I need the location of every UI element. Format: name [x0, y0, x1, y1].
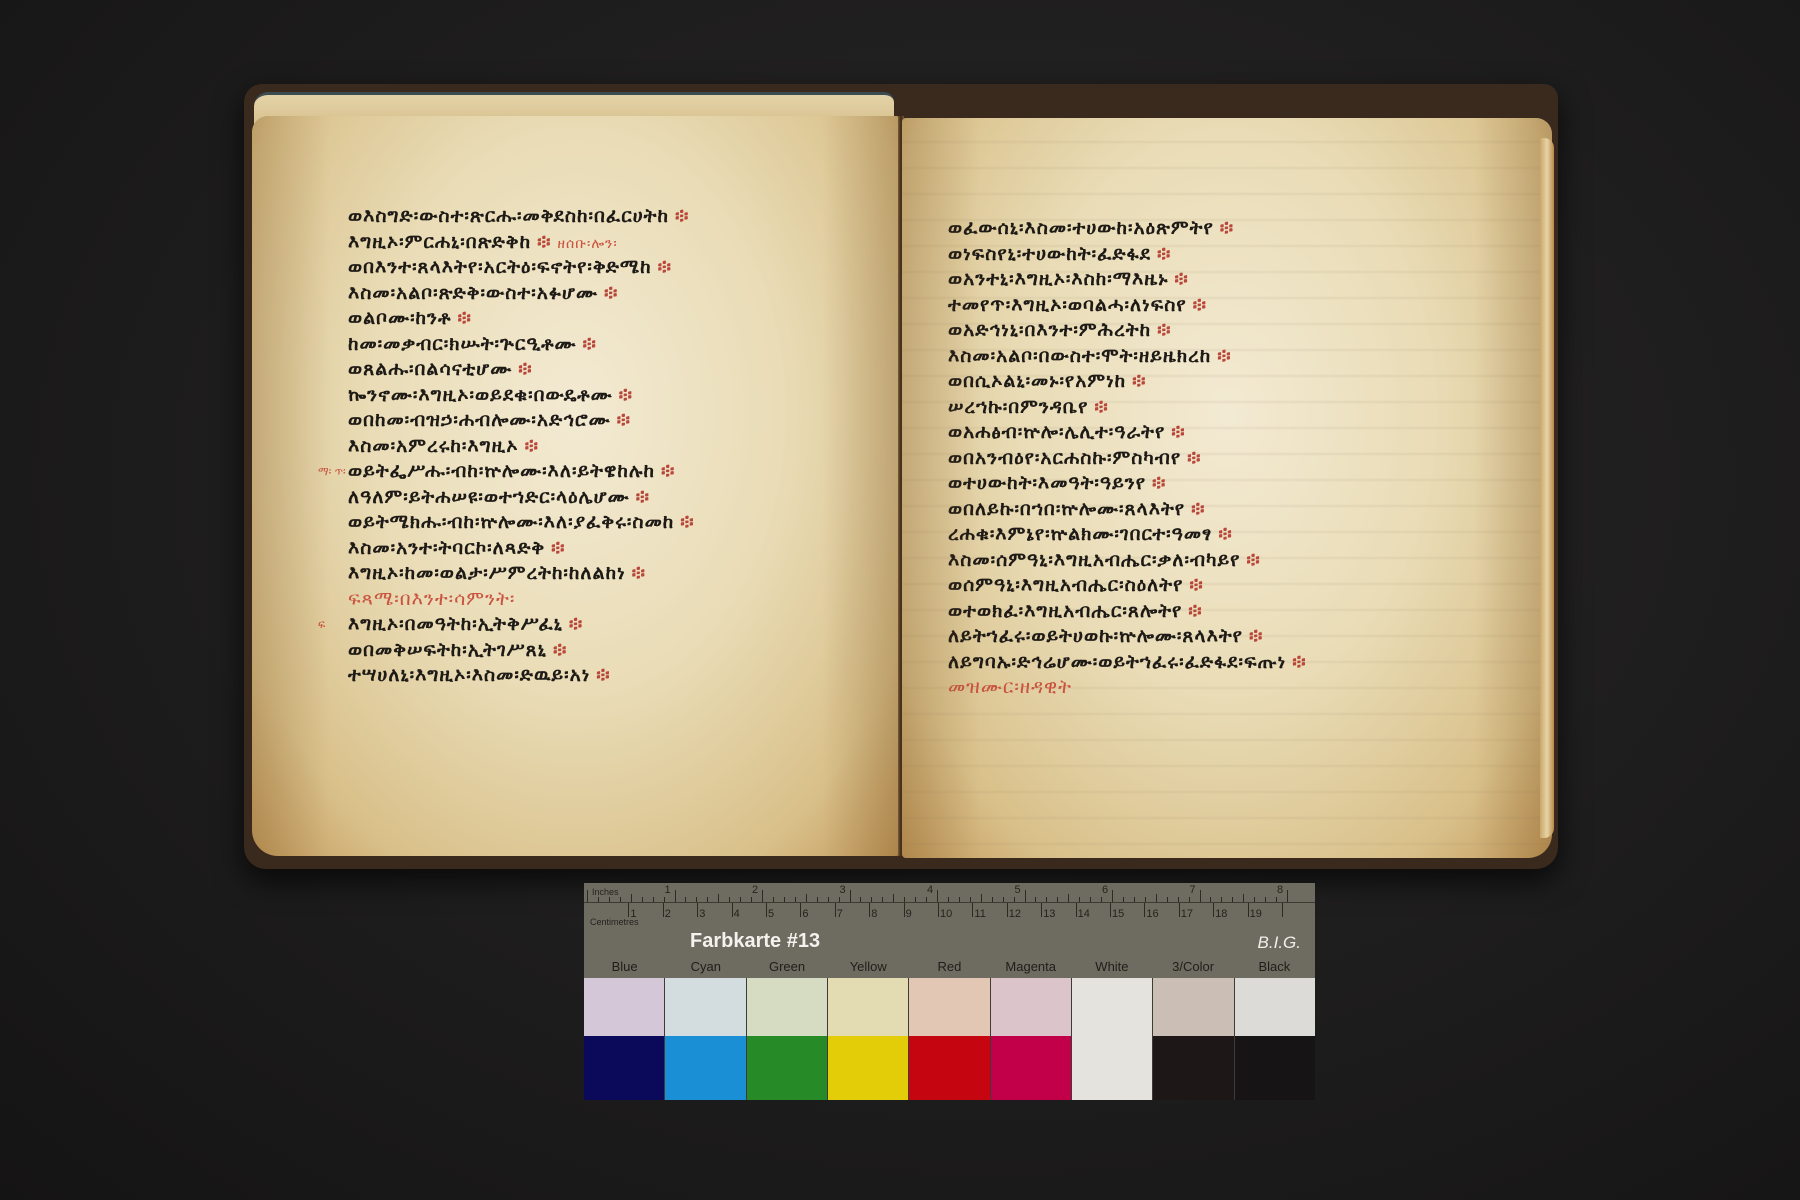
text-line: ወበከመ፡ብዝኃ፡ሐብሎሙ፡አድኅሮሙ፨ [348, 408, 695, 434]
line-text: ወሰምዓኒ፡እግዚአብሔር፡ስዕለትየ [948, 574, 1183, 596]
margin-note: ማ፡ ጥ፡ [318, 465, 346, 479]
ruler-tick [732, 903, 733, 917]
swatch-light [584, 978, 664, 1036]
section-mark-icon: ፨ [1217, 345, 1231, 367]
ruler-tick [1167, 897, 1168, 902]
ruler-tick [850, 890, 851, 902]
text-line: ወፈውሰኒ፡እስመ፡ተሀውከ፡አዕጽምትየ፨ [948, 216, 1307, 242]
cm-mark: 15 [1112, 908, 1124, 920]
inch-mark: 1 [665, 884, 671, 896]
ruler-tick [1287, 890, 1288, 902]
ruler-tick [1134, 897, 1135, 902]
swatch-light [747, 978, 827, 1036]
ruler-tick [587, 890, 588, 902]
ruler-tick [1079, 897, 1080, 902]
text-line: ወአሐፅብ፡ኵሎ፡ሌሊተ፡ዓራትየ፨ [948, 420, 1307, 446]
section-mark-icon: ፨ [553, 639, 567, 661]
cm-mark: 17 [1181, 908, 1193, 920]
ruler-tick [1007, 903, 1008, 917]
swatch-white [1072, 978, 1153, 1100]
section-mark-icon: ፨ [1189, 574, 1203, 596]
ruler-tick [664, 897, 665, 902]
section-mark-icon: ፨ [636, 486, 650, 508]
ruler-tick [628, 903, 629, 917]
line-text: ወበለይኩ፡በኀበ፡ኵሎሙ፡ጸላእትየ [948, 498, 1185, 520]
line-text: ወይትፌሥሑ፡ብከ፡ኵሎሙ፡እለ፡ይትዌከሉከ [348, 460, 655, 482]
text-line: ከመ፡መቃብር፡ክሡት፡ጕርዒቶሙ፨ [348, 332, 695, 358]
ruler-tick [751, 897, 752, 902]
text-line: ወልቦሙ፡ከንቶ፨ [348, 306, 695, 332]
ruler-tick [970, 897, 971, 902]
text-line: እስመ፡አንተ፡ትባርኮ፡ለጻድቅ፨ [348, 536, 695, 562]
section-mark-icon: ፨ [675, 205, 689, 227]
swatch-label: 3/Color [1153, 959, 1234, 975]
swatch-yellow [828, 978, 909, 1100]
section-mark-icon: ፨ [1218, 523, 1232, 545]
ruler-tick [869, 903, 870, 917]
section-mark-icon: ፨ [1094, 396, 1108, 418]
line-text: ወልቦሙ፡ከንቶ [348, 307, 451, 329]
section-mark-icon: ፨ [632, 562, 646, 584]
ruler-tick [1156, 894, 1157, 902]
cm-mark: 16 [1146, 908, 1158, 920]
line-text: ለዓለም፡ይትሐሠዩ፡ወተኀድር፡ላዕሌሆሙ [348, 486, 630, 508]
cm-mark: 11 [974, 908, 985, 920]
text-line: ወነፍስየኒ፡ተሀውከት፡ፈድፋደ፨ [948, 242, 1307, 268]
line-text: ወእስግድ፡ውስተ፡ጽርሑ፡መቅደስከ፡በፈርሀትከ [348, 205, 669, 227]
section-mark-icon: ፨ [1249, 625, 1263, 647]
ruler-tick [871, 897, 872, 902]
ruler-tick [835, 903, 836, 917]
line-text: እስመ፡ሰምዓኒ፡እግዚአብሔር፡ቃለ፡ብካይየ [948, 549, 1240, 571]
text-line: ወአንተኒ፡እግዚኦ፡እስከ፡ማእዜኑ፨ [948, 267, 1307, 293]
line-text: እግዚኦ፡ከመ፡ወልታ፡ሥምረትከ፡ከለልከነ [348, 562, 626, 584]
swatch-magenta [991, 978, 1072, 1100]
inch-mark: 5 [1015, 884, 1021, 896]
text-line: ወበሲኦልኒ፡መኑ፡የአምነከ፨ [948, 369, 1307, 395]
text-line: ወተሀውከት፡እመዓት፡ዓይንየ፨ [948, 471, 1307, 497]
ruler-tick [992, 897, 993, 902]
ruler-tick [839, 897, 840, 902]
swatch-label: Yellow [828, 959, 909, 975]
swatch-dark [747, 1036, 827, 1100]
swatch-label: Red [909, 959, 990, 975]
ruler-tick [609, 897, 610, 902]
swatch-cyan [665, 978, 746, 1100]
swatch-light [909, 978, 989, 1036]
cm-mark: 6 [802, 908, 808, 920]
cm-mark: 5 [768, 908, 774, 920]
text-line: ረሐቁ፡እምኔየ፡ኵልክሙ፡ገበርተ፡ዓመፃ፨ [948, 522, 1307, 548]
swatch-red [909, 978, 990, 1100]
text-line: ወይትፌሥሑ፡ብከ፡ኵሎሙ፡እለ፡ይትዌከሉከ፨ [348, 459, 695, 485]
line-text: እስመ፡አልቦ፡ጽድቅ፡ውስተ፡አፉሆሙ [348, 282, 598, 304]
swatch-dark [991, 1036, 1071, 1100]
swatch-light [1153, 978, 1233, 1036]
swatch-light [665, 978, 745, 1036]
ruler-tick [784, 897, 785, 902]
ruler-tick [1068, 894, 1069, 902]
ruler-tick [1282, 903, 1283, 917]
section-mark-icon: ፨ [1171, 421, 1185, 443]
ruler-tick [1145, 897, 1146, 902]
ruler-tick [938, 903, 939, 917]
text-line: ተመየጥ፡እግዚኦ፡ወባልሓ፡ለነፍስየ፨ [948, 293, 1307, 319]
section-mark-icon: ፨ [518, 358, 532, 380]
line-text: ወተወክፈ፡እግዚአብሔር፡ጸሎትየ [948, 600, 1182, 622]
ruler-tick [817, 897, 818, 902]
ruler-tick [1178, 897, 1179, 902]
ruler-tick [800, 903, 801, 917]
cm-mark: 8 [871, 908, 877, 920]
swatch-labels: BlueCyanGreenYellowRedMagentaWhite3/Colo… [584, 959, 1315, 975]
line-text: ወበሲኦልኒ፡መኑ፡የአምነከ [948, 370, 1126, 392]
swatch-dark [584, 1036, 664, 1100]
ruler-tick [1112, 890, 1113, 902]
section-mark-icon: ፨ [1157, 319, 1171, 341]
ruler-tick [882, 897, 883, 902]
cm-mark: 13 [1043, 908, 1055, 920]
text-line: እስመ፡አምረሩከ፡እግዚኦ፨ [348, 434, 695, 460]
line-text: ለይትኀፈሩ፡ወይትሀወኩ፡ኵሎሙ፡ጸላእትየ [948, 625, 1243, 647]
ruler-tick [1243, 894, 1244, 902]
swatch-light [828, 978, 908, 1036]
section-mark-icon: ፨ [1292, 651, 1306, 673]
ruler-tick [1035, 897, 1036, 902]
ruler-tick [981, 894, 982, 902]
ruler-tick [904, 897, 905, 902]
cm-mark: 12 [1009, 908, 1021, 920]
right-page-text: ወፈውሰኒ፡እስመ፡ተሀውከ፡አዕጽምትየ፨ወነፍስየኒ፡ተሀውከት፡ፈድፋደ፨… [948, 216, 1307, 701]
text-line: ለይትኀፈሩ፡ወይትሀወኩ፡ኵሎሙ፡ጸላእትየ፨ [948, 624, 1307, 650]
line-text: ተሣሀለኒ፡እግዚኦ፡እስመ፡ድዉይ፡አነ [348, 664, 590, 686]
swatch-label: Magenta [990, 959, 1071, 975]
centimetres-label: Centimetres [590, 917, 639, 927]
swatch-black [1235, 978, 1315, 1100]
section-mark-icon: ፨ [583, 333, 597, 355]
ruler-tick [972, 903, 973, 917]
line-text: ወአሐፅብ፡ኵሎ፡ሌሊተ፡ዓራትየ [948, 421, 1165, 443]
text-line: ወአድኅነኒ፡በእንተ፡ምሕረትከ፨ [948, 318, 1307, 344]
ruler-tick [1057, 897, 1058, 902]
ruler-tick [1179, 903, 1180, 917]
swatch-light [991, 978, 1071, 1036]
cm-mark: 19 [1250, 908, 1262, 920]
ruler-tick [1025, 890, 1026, 902]
ruler-tick [806, 894, 807, 902]
cm-mark: 3 [699, 908, 705, 920]
line-text: ለይግባኡ፡ድኅሬሆሙ፡ወይትኀፈሩ፡ፈድፋደ፡ፍጡነ [948, 651, 1286, 673]
line-text: መዝሙር፡ዘዳዊት [948, 676, 1072, 698]
line-text: ወበመቅሠፍትከ፡ኢትገሥጸኒ [348, 639, 547, 661]
color-reference-card: Inches 12345678 123456789101112131415161… [584, 883, 1315, 1100]
section-mark-icon: ፨ [661, 460, 675, 482]
cm-mark: 9 [906, 908, 912, 920]
text-line: እግዚኦ፡በመዓትከ፡ኢትቅሥፈኒ፨ [348, 612, 695, 638]
swatch-dark [909, 1036, 989, 1100]
ruler-tick [675, 890, 676, 902]
text-line: ወጸልሑ፡በልሳናቲሆሙ፨ [348, 357, 695, 383]
section-mark-icon: ፨ [1132, 370, 1146, 392]
rubric-annotation: ዘሰቡ፡ሎን፡ [557, 236, 617, 252]
section-mark-icon: ፨ [1246, 549, 1260, 571]
ruler-tick [893, 894, 894, 902]
inch-mark: 8 [1277, 884, 1283, 896]
ruler-tick [1189, 897, 1190, 902]
section-mark-icon: ፨ [619, 384, 633, 406]
line-text: እስመ፡አልቦ፡በውስተ፡ሞት፡ዘይዜክረከ [948, 345, 1211, 367]
ruler-tick [1276, 897, 1277, 902]
swatch-dark [665, 1036, 745, 1100]
line-text: እግዚኦ፡ምርሐኒ፡በጽድቅከ [348, 231, 531, 253]
text-line: እግዚኦ፡ከመ፡ወልታ፡ሥምረትከ፡ከለልከነ፨ [348, 561, 695, 587]
line-text: ሠረኀኩ፡በምንዳቤየ [948, 396, 1088, 418]
inch-mark: 4 [927, 884, 933, 896]
section-mark-icon: ፨ [1174, 268, 1188, 290]
ruler-tick [904, 903, 905, 917]
line-text: ወነፍስየኒ፡ተሀውከት፡ፈድፋደ [948, 243, 1151, 265]
section-mark-icon: ፨ [680, 511, 694, 533]
ruler-tick [1254, 897, 1255, 902]
ruler-tick [1265, 897, 1266, 902]
text-line: ሠረኀኩ፡በምንዳቤየ፨ [948, 395, 1307, 421]
section-mark-icon: ፨ [1187, 447, 1201, 469]
swatch-3-color [1153, 978, 1234, 1100]
line-text: ወበእንተ፡ጸላእትየ፡አርትዕ፡ፍኖትየ፡ቅድሜከ [348, 256, 652, 278]
cm-mark: 10 [940, 908, 952, 920]
ruler-tick [653, 897, 654, 902]
ruler-tick [598, 897, 599, 902]
text-line: ወይትሜክሑ፡ብከ፡ኵሎሙ፡እለ፡ያፈቅሩ፡ስመከ፨ [348, 510, 695, 536]
section-mark-icon: ፨ [1188, 600, 1202, 622]
line-text: ወይትሜክሑ፡ብከ፡ኵሎሙ፡እለ፡ያፈቅሩ፡ስመከ [348, 511, 674, 533]
ruler-tick [926, 897, 927, 902]
section-mark-icon: ፨ [604, 282, 618, 304]
rubric-line: መዝሙር፡ዘዳዊት [948, 675, 1307, 701]
section-mark-icon: ፨ [1157, 243, 1171, 265]
inch-mark: 2 [752, 884, 758, 896]
ruler-tick [773, 897, 774, 902]
ruler-tick [1014, 897, 1015, 902]
card-title: Farbkarte #13 [690, 930, 820, 953]
margin-note: ፍ [318, 618, 325, 632]
section-mark-icon: ፨ [569, 613, 583, 635]
text-line: እስመ፡አልቦ፡በውስተ፡ሞት፡ዘይዜክረከ፨ [948, 344, 1307, 370]
left-page: ወእስግድ፡ውስተ፡ጽርሑ፡መቅደስከ፡በፈርሀትከ፨እግዚኦ፡ምርሐኒ፡በጽድ… [252, 116, 900, 856]
line-text: ወበከመ፡ብዝኃ፡ሐብሎሙ፡አድኅሮሙ [348, 409, 611, 431]
section-mark-icon: ፨ [1220, 217, 1234, 239]
swatch-label: Green [746, 959, 827, 975]
line-text: ወአንተኒ፡እግዚኦ፡እስከ፡ማእዜኑ [948, 268, 1168, 290]
ruler-tick [1110, 903, 1111, 917]
ruler-tick [762, 890, 763, 902]
ruler-tick [631, 894, 632, 902]
card-brand: B.I.G. [1258, 933, 1301, 953]
ruler-tick [860, 897, 861, 902]
section-mark-icon: ፨ [658, 256, 672, 278]
text-line: ለዓለም፡ይትሐሠዩ፡ወተኀድር፡ላዕሌሆሙ፨ [348, 485, 695, 511]
section-mark-icon: ፨ [1193, 294, 1207, 316]
ruler-tick [740, 897, 741, 902]
text-line: ለይግባኡ፡ድኅሬሆሙ፡ወይትኀፈሩ፡ፈድፋደ፡ፍጡነ፨ [948, 650, 1307, 676]
ruler-tick [1090, 897, 1091, 902]
line-text: ወበአንብዕየ፡አርሐስኩ፡ምስካብየ [948, 447, 1181, 469]
line-text: ወፈውሰኒ፡እስመ፡ተሀውከ፡አዕጽምትየ [948, 217, 1214, 239]
section-mark-icon: ፨ [1191, 498, 1205, 520]
rubric-line: ፍጻሜ፡በእንተ፡ሳምንት፡ [348, 587, 695, 613]
ruler-tick [1210, 897, 1211, 902]
fore-edge [1540, 138, 1554, 838]
right-page: ወፈውሰኒ፡እስመ፡ተሀውከ፡አዕጽምትየ፨ወነፍስየኒ፡ተሀውከት፡ፈድፋደ፨… [902, 118, 1552, 858]
swatch-label: White [1071, 959, 1152, 975]
ruler-tick [1213, 903, 1214, 917]
line-text: ኰንኖሙ፡እግዚኦ፡ወይደቁ፡በውዴቶሙ [348, 384, 613, 406]
line-text: እስመ፡አንተ፡ትባርኮ፡ለጻድቅ [348, 537, 545, 559]
line-text: ፍጻሜ፡በእንተ፡ሳምንት፡ [348, 588, 515, 610]
ruler-tick [1041, 903, 1042, 917]
cm-mark: 7 [837, 908, 843, 920]
swatch-label: Black [1234, 959, 1315, 975]
text-line: እስመ፡ሰምዓኒ፡እግዚአብሔር፡ቃለ፡ብካይየ፨ [948, 548, 1307, 574]
section-mark-icon: ፨ [551, 537, 565, 559]
text-line: ወሰምዓኒ፡እግዚአብሔር፡ስዕለትየ፨ [948, 573, 1307, 599]
section-mark-icon: ፨ [457, 307, 471, 329]
cm-mark: 18 [1215, 908, 1227, 920]
swatch-dark [1235, 1036, 1315, 1100]
line-text: እግዚኦ፡በመዓትከ፡ኢትቅሥፈኒ [348, 613, 563, 635]
ruler-tick [1076, 903, 1077, 917]
ruler-tick [915, 897, 916, 902]
line-text: ተመየጥ፡እግዚኦ፡ወባልሓ፡ለነፍስየ [948, 294, 1187, 316]
swatch-light [1072, 978, 1152, 1100]
section-mark-icon: ፨ [596, 664, 610, 686]
ruler-tick [697, 903, 698, 917]
manuscript-book: ወእስግድ፡ውስተ፡ጽርሑ፡መቅደስከ፡በፈርሀትከ፨እግዚኦ፡ምርሐኒ፡በጽድ… [250, 88, 1555, 868]
cm-mark: 14 [1078, 908, 1090, 920]
text-line: ወበእንተ፡ጸላእትየ፡አርትዕ፡ፍኖትየ፡ቅድሜከ፨ [348, 255, 695, 281]
swatch-grid [584, 978, 1315, 1100]
section-mark-icon: ፨ [617, 409, 631, 431]
ruler-tick [1248, 903, 1249, 917]
text-line: ወእስግድ፡ውስተ፡ጽርሑ፡መቅደስከ፡በፈርሀትከ፨ [348, 204, 695, 230]
text-line: ኰንኖሙ፡እግዚኦ፡ወይደቁ፡በውዴቶሙ፨ [348, 383, 695, 409]
text-line: ወበመቅሠፍትከ፡ኢትገሥጸኒ፨ [348, 638, 695, 664]
swatch-light [1235, 978, 1315, 1036]
text-line: ወበአንብዕየ፡አርሐስኩ፡ምስካብየ፨ [948, 446, 1307, 472]
ruler-tick [696, 897, 697, 902]
cm-mark: 4 [734, 908, 740, 920]
ruler-tick [620, 897, 621, 902]
ruler-tick [707, 897, 708, 902]
ruler-tick [1144, 903, 1145, 917]
ruler-tick [1123, 897, 1124, 902]
section-mark-icon: ፨ [537, 231, 551, 253]
inch-ruler: Inches 12345678 [584, 883, 1315, 903]
left-page-text: ወእስግድ፡ውስተ፡ጽርሑ፡መቅደስከ፡በፈርሀትከ፨እግዚኦ፡ምርሐኒ፡በጽድ… [348, 204, 695, 689]
section-mark-icon: ፨ [525, 435, 539, 457]
ruler-tick [1232, 897, 1233, 902]
swatch-dark [1153, 1036, 1233, 1100]
ruler-tick [685, 897, 686, 902]
line-text: ከመ፡መቃብር፡ክሡት፡ጕርዒቶሙ [348, 333, 577, 355]
inch-mark: 3 [840, 884, 846, 896]
line-text: ወአድኅነኒ፡በእንተ፡ምሕረትከ [948, 319, 1151, 341]
inch-mark: 6 [1102, 884, 1108, 896]
swatch-label: Cyan [665, 959, 746, 975]
ruler-tick [1003, 897, 1004, 902]
text-line: ወበለይኩ፡በኀበ፡ኵሎሙ፡ጸላእትየ፨ [948, 497, 1307, 523]
ruler-tick [663, 903, 664, 917]
line-text: ወተሀውከት፡እመዓት፡ዓይንየ [948, 472, 1146, 494]
cm-mark: 2 [665, 908, 671, 920]
section-mark-icon: ፨ [1152, 472, 1166, 494]
ruler-tick [1200, 890, 1201, 902]
inches-label: Inches [592, 887, 619, 897]
text-line: እስመ፡አልቦ፡ጽድቅ፡ውስተ፡አፉሆሙ፨ [348, 281, 695, 307]
ruler-tick [1046, 897, 1047, 902]
ruler-tick [937, 890, 938, 902]
ruler-tick [948, 897, 949, 902]
ruler-tick [729, 897, 730, 902]
ruler-tick [1101, 897, 1102, 902]
swatch-label: Blue [584, 959, 665, 975]
text-line: ተሣሀለኒ፡እግዚኦ፡እስመ፡ድዉይ፡አነ፨ [348, 663, 695, 689]
swatch-blue [584, 978, 665, 1100]
line-text: ወጸልሑ፡በልሳናቲሆሙ [348, 358, 512, 380]
line-text: እስመ፡አምረሩከ፡እግዚኦ [348, 435, 519, 457]
ruler-tick [795, 897, 796, 902]
swatch-dark [828, 1036, 908, 1100]
ruler-tick [1221, 897, 1222, 902]
inch-mark: 7 [1190, 884, 1196, 896]
swatch-green [747, 978, 828, 1100]
text-line: ወተወክፈ፡እግዚአብሔር፡ጸሎትየ፨ [948, 599, 1307, 625]
text-line: እግዚኦ፡ምርሐኒ፡በጽድቅከ፨ዘሰቡ፡ሎን፡ [348, 230, 695, 256]
centimetre-ruler: 12345678910111213141516171819 [584, 903, 1315, 927]
ruler-tick [959, 897, 960, 902]
ruler-tick [718, 894, 719, 902]
ruler-tick [642, 897, 643, 902]
ruler-tick [766, 903, 767, 917]
line-text: ረሐቁ፡እምኔየ፡ኵልክሙ፡ገበርተ፡ዓመፃ [948, 523, 1212, 545]
ruler-tick [828, 897, 829, 902]
